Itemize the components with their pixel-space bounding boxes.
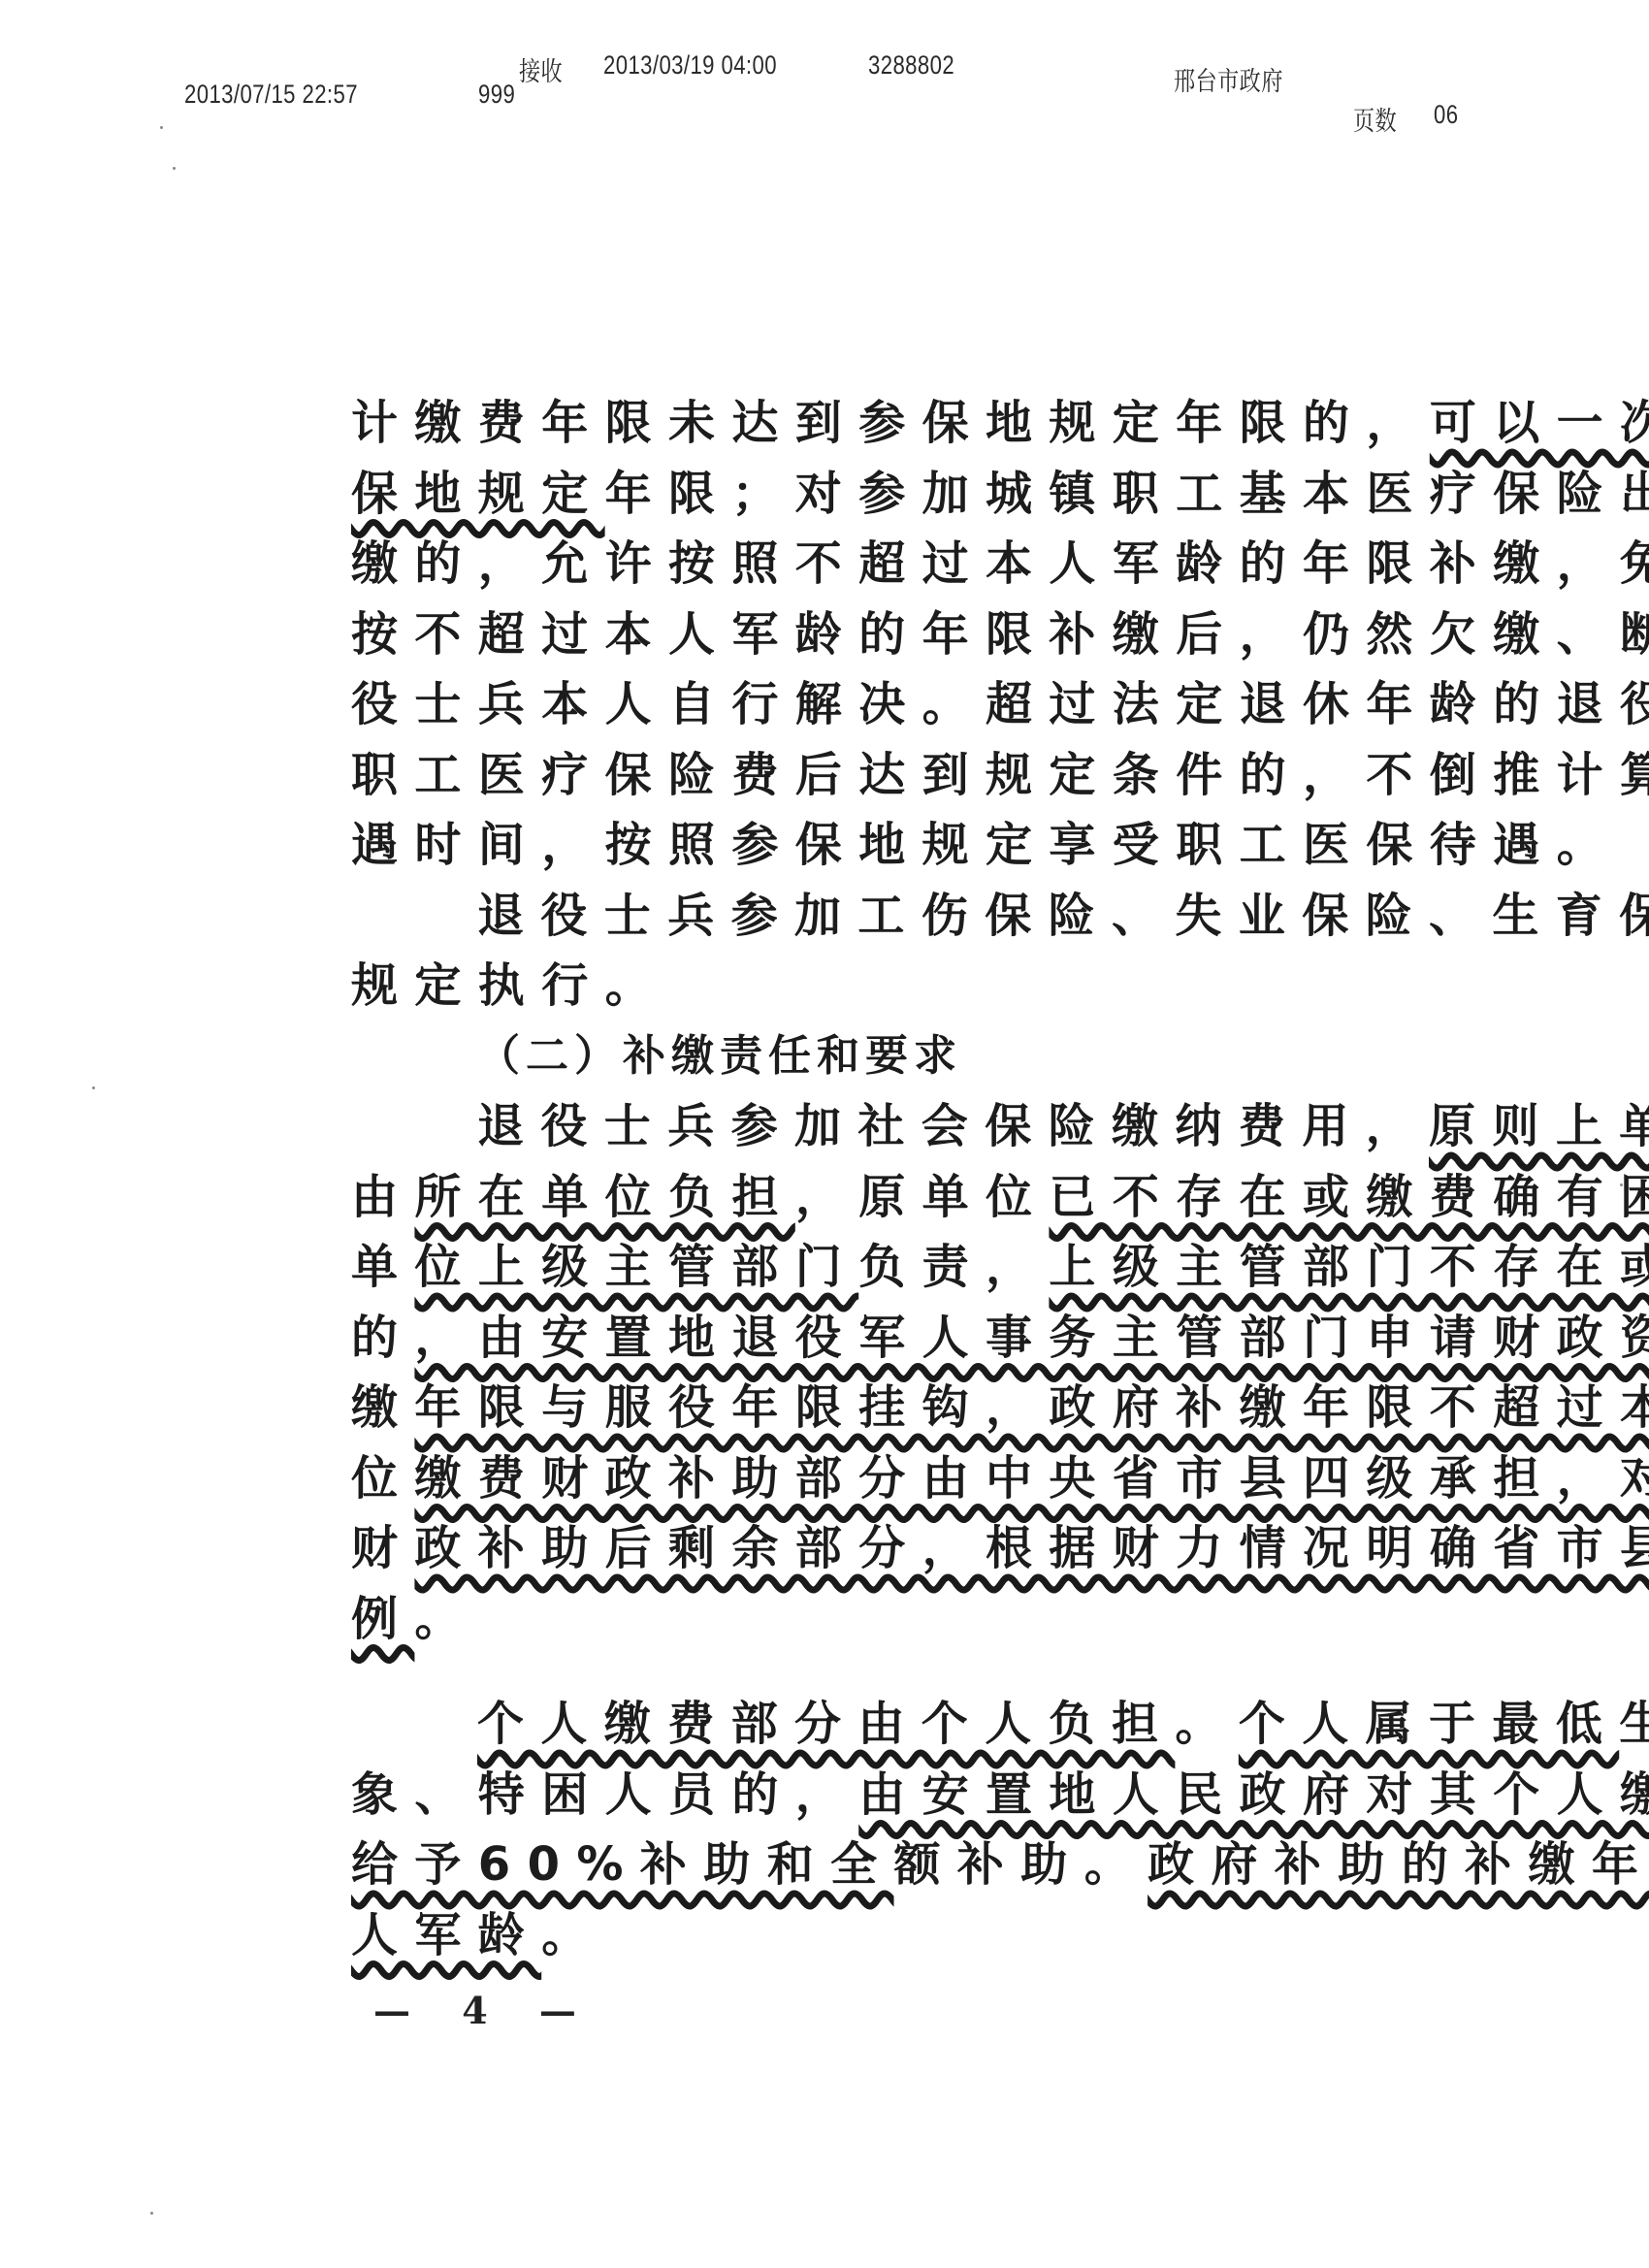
text-line: 计缴费年限未达到参保地规定年限的，可以一次性缴费至参 — [351, 388, 1438, 459]
text-segment: 缴 — [351, 1380, 414, 1435]
underlined-phrase: 个人缴费部分由个人负担 — [477, 1697, 1175, 1751]
underlined-phrase: 原则上单位缴费部分 — [1429, 1099, 1649, 1153]
underlined-phrase: 可以一次性缴费至参 — [1430, 396, 1649, 450]
underlined-phrase: 例 — [351, 1592, 414, 1646]
underlined-phrase: 年限与服役年限挂钩，政府补缴年限不超过本人军 — [414, 1380, 1649, 1435]
scan-speck — [92, 1086, 95, 1089]
underlined-phrase: 所在单位负担 — [414, 1170, 794, 1224]
text-segment: ，原单位 — [795, 1170, 1050, 1224]
text-segment: 。 — [414, 1592, 477, 1646]
text-line: 位缴费财政补助部分由中央省市县四级承担，对于中央给予 — [351, 1443, 1438, 1514]
text-segment: 位 — [351, 1451, 414, 1506]
text-line: 保地规定年限；对参加城镇职工基本医疗保险出现欠缴、断 — [351, 459, 1438, 530]
text-line: 例。 — [351, 1584, 1438, 1655]
text-line: 遇时间，按照参保地规定享受职工医保待遇。 — [351, 810, 1438, 881]
scan-speck — [1620, 1183, 1623, 1186]
text-line: 职工医疗保险费后达到规定条件的，不倒推计算应当享受待 — [351, 740, 1438, 811]
text-segment: 年限；对参加城镇职工基本医疗保险出现欠缴、断 — [605, 467, 1649, 521]
text-line: 财政补助后剩余部分，根据财力情况明确省市县三级负担比 — [351, 1513, 1438, 1584]
underlined-phrase: 位上级主管部门 — [414, 1240, 858, 1294]
text-segment: 。 — [541, 1908, 604, 1962]
underlined-phrase: ，由安置地退役军人事务主管部门申请财政资金 — [414, 1311, 1649, 1365]
underlined-phrase: 政补助后剩余部分，根据财力情况明确省市县三级负担比 — [414, 1521, 1649, 1575]
document-body: 计缴费年限未达到参保地规定年限的，可以一次性缴费至参保地规定年限；对参加城镇职工… — [351, 388, 1438, 1970]
fax-page-count-label: 页数 — [1353, 100, 1397, 138]
text-line: 缴的，允许按照不超过本人军龄的年限补缴，免收滞纳金； — [351, 529, 1438, 599]
text-segment: 。 — [1175, 1697, 1238, 1751]
text-segment: 财 — [351, 1521, 414, 1575]
text-line: 规定执行。 — [351, 951, 1438, 1021]
text-line: 由所在单位负担，原单位已不存在或缴费确有困难的，由原 — [351, 1162, 1438, 1233]
fax-receive-label: 接收 — [519, 50, 563, 88]
text-segment: 象、特困人员的， — [351, 1767, 858, 1822]
text-segment: 额补助。 — [894, 1837, 1148, 1892]
text-segment: 按不超过本人军龄的年限补缴后，仍然欠缴、断缴的，由退 — [351, 607, 1649, 662]
text-segment: 退役士兵参加工伤保险、失业保险、生育保险，按现行 — [477, 889, 1649, 943]
text-segment: 遇时间，按照参保地规定享受职工医保待遇。 — [351, 818, 1620, 872]
page-number: — 4 — — [373, 1989, 596, 2032]
underlined-phrase: 给予60%补助和全 — [351, 1837, 894, 1892]
fax-send-id: 999 — [478, 80, 515, 110]
text-line: 人军龄。 — [351, 1900, 1438, 1971]
text-line: 按不超过本人军龄的年限补缴后，仍然欠缴、断缴的，由退 — [351, 599, 1438, 670]
paragraph-gap — [351, 1654, 1438, 1689]
text-segment: 负责， — [858, 1240, 1049, 1294]
section-heading: （二）补缴责任和要求 — [351, 1021, 1438, 1092]
text-segment: 生活保障对 — [1619, 1697, 1649, 1751]
underlined-phrase: 由安置地人民政府对其个人缴费部 — [858, 1767, 1649, 1822]
fax-receive-id: 3288802 — [868, 50, 954, 81]
text-line: 役士兵本人自行解决。超过法定退休年龄的退役士兵，补缴 — [351, 669, 1438, 740]
fax-receive-datetime: 2013/03/19 04:00 — [603, 50, 777, 81]
text-segment: 规定执行。 — [351, 958, 668, 1013]
text-line: 的，由安置地退役军人事务主管部门申请财政资金解决。补 — [351, 1303, 1438, 1374]
text-line: 退役士兵参加社会保险缴纳费用，原则上单位缴费部分 — [351, 1091, 1438, 1162]
text-segment: （二）补缴责任和要求 — [477, 1031, 962, 1081]
text-line: 给予60%补助和全额补助。政府补助的补缴年限不超过本 — [351, 1830, 1438, 1900]
text-line: 缴年限与服役年限挂钩，政府补缴年限不超过本人军龄。单 — [351, 1373, 1438, 1443]
text-segment: 的 — [351, 1311, 414, 1365]
scan-speck — [173, 167, 176, 170]
text-line: 退役士兵参加工伤保险、失业保险、生育保险，按现行 — [351, 881, 1438, 952]
fax-send-datetime: 2013/07/15 22:57 — [184, 80, 358, 110]
underlined-phrase: 上级主管部门不存在或无力缴纳 — [1049, 1240, 1649, 1294]
text-segment: 计缴费年限未达到参保地规定年限的， — [351, 396, 1430, 450]
text-line: 象、特困人员的，由安置地人民政府对其个人缴费部分分别 — [351, 1760, 1438, 1831]
text-segment: 役士兵本人自行解决。超过法定退休年龄的退役士兵，补缴 — [351, 677, 1649, 731]
text-line: 单位上级主管部门负责，上级主管部门不存在或无力缴纳 — [351, 1232, 1438, 1303]
fax-sender-org: 邢台市政府 — [1174, 60, 1283, 98]
underlined-phrase: 保地规定 — [351, 467, 605, 521]
text-segment: 由 — [351, 1170, 414, 1224]
underlined-phrase: 已不存在或缴费确有困难的，由原 — [1049, 1170, 1649, 1224]
text-segment: 单 — [351, 1240, 414, 1294]
underlined-phrase: 政府补助的补缴年限不超过 — [1148, 1837, 1649, 1892]
scan-speck — [160, 126, 163, 129]
underlined-phrase: 缴费财政补助部分由中央省市县四级承担，对于中央给予 — [414, 1451, 1649, 1506]
fax-page-count-value: 06 — [1434, 100, 1458, 130]
text-segment: 职工医疗保险费后达到规定条件的，不倒推计算应当享受待 — [351, 748, 1649, 802]
text-line: 个人缴费部分由个人负担。个人属于最低生活保障对 — [351, 1689, 1438, 1760]
text-segment: 退役士兵参加社会保险缴纳费用， — [477, 1099, 1429, 1153]
scan-speck — [150, 2212, 153, 2215]
underlined-phrase: 人军龄 — [351, 1908, 541, 1962]
underlined-phrase: 个人属于最低 — [1239, 1697, 1619, 1751]
text-segment: 缴的，允许按照不超过本人军龄的年限补缴，免收滞纳金； — [351, 536, 1649, 591]
